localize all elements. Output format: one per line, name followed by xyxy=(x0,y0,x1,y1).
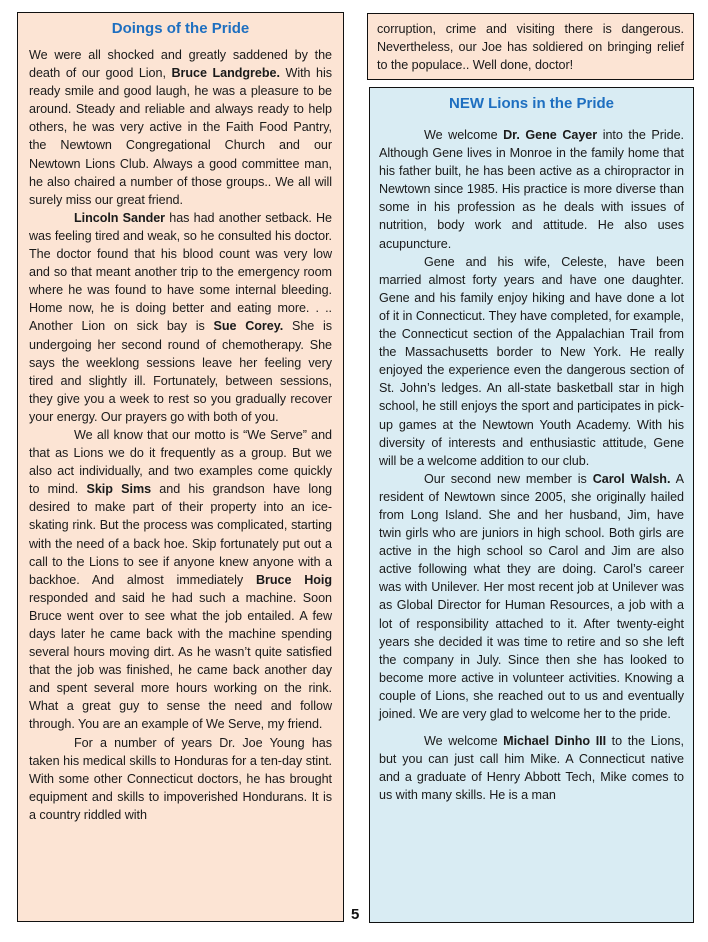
member-name: Bruce Hoig xyxy=(256,573,332,587)
member-name: Dr. Gene Cayer xyxy=(503,128,597,142)
text-segment: She is undergoing her second round of ch… xyxy=(29,319,332,423)
member-name: Bruce Landgrebe. xyxy=(172,66,280,80)
text-segment: A resident of Newtown since 2005, she or… xyxy=(379,472,684,721)
article-paragraph: We all know that our motto is “We Serve”… xyxy=(29,426,332,734)
member-name: Carol Walsh. xyxy=(593,472,671,486)
text-segment: With his ready smile and good laugh, he … xyxy=(29,66,332,207)
article-paragraph: We were all shocked and greatly saddened… xyxy=(29,46,332,209)
text-segment: has had another setback. He was feeling … xyxy=(29,211,332,334)
text-segment: Gene and his wife, Celeste, have been ma… xyxy=(379,255,684,468)
text-segment: Our second new member is xyxy=(424,472,593,486)
article-paragraph: We welcome Michael Dinho III to the Lion… xyxy=(379,732,684,804)
member-name: Sue Corey. xyxy=(214,319,284,333)
article-paragraph: For a number of years Dr. Joe Young has … xyxy=(29,734,332,824)
text-segment: and his grandson have long desired to ma… xyxy=(29,482,332,586)
article-paragraph: Gene and his wife, Celeste, have been ma… xyxy=(379,253,684,470)
text-segment: We welcome xyxy=(424,128,503,142)
member-name: Lincoln Sander xyxy=(74,211,165,225)
text-segment: into the Pride. Although Gene lives in M… xyxy=(379,128,684,251)
doings-title: Doings of the Pride xyxy=(29,19,332,39)
article-paragraph: We welcome Dr. Gene Cayer into the Pride… xyxy=(379,126,684,253)
page-number: 5 xyxy=(351,906,359,923)
text-segment: We welcome xyxy=(424,734,503,748)
new-lions-title: NEW Lions in the Pride xyxy=(379,94,684,114)
text-segment: responded and said he had such a machine… xyxy=(29,591,332,732)
member-name: Skip Sims xyxy=(86,482,151,496)
article-paragraph: Our second new member is Carol Walsh. A … xyxy=(379,470,684,723)
article-paragraph: Lincoln Sander has had another setback. … xyxy=(29,209,332,426)
new-lions-box: NEW Lions in the Pride We welcome Dr. Ge… xyxy=(369,87,694,923)
member-name: Michael Dinho III xyxy=(503,734,606,748)
continued-text-box: corruption, crime and visiting there is … xyxy=(367,13,694,80)
continued-paragraph: corruption, crime and visiting there is … xyxy=(377,20,684,74)
doings-of-the-pride-box: Doings of the Pride We were all shocked … xyxy=(17,12,344,922)
text-segment: For a number of years Dr. Joe Young has … xyxy=(29,736,332,822)
